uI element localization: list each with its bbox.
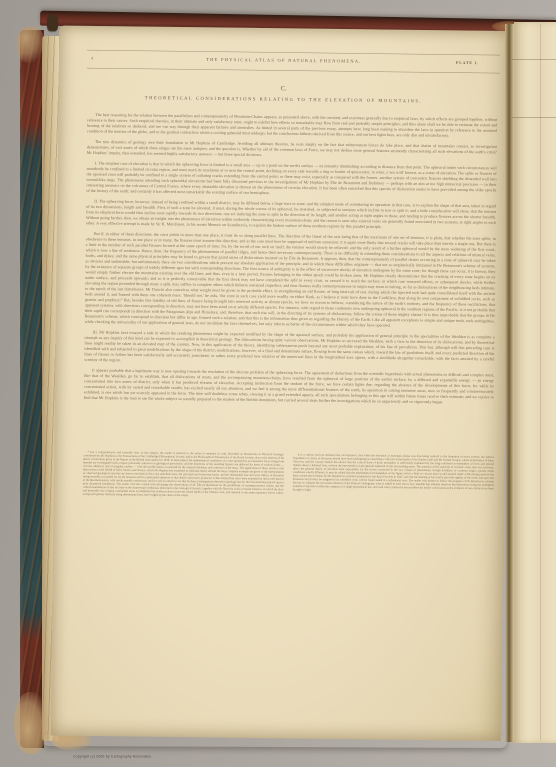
paragraph-conclusion: It appears probable that a legitimate wa… [84, 367, 494, 405]
header-rule-top [87, 50, 500, 56]
cover-corner-wear-bottom [14, 692, 48, 754]
photo-watermark: Copyright (c) 2000 by Cartography Associ… [73, 747, 273, 757]
plate-label: PLATE I. [456, 60, 479, 65]
book-left-cover-edge [20, 30, 44, 748]
footnote-left-column: * For a comprehensive and scientific vie… [83, 451, 285, 499]
photo-watermark-text: Copyright (c) 2000 by Cartography Associ… [73, 755, 151, 759]
paragraph-section-3: III. Mr Hopkins next essayed a task in w… [84, 329, 494, 367]
paragraph-intro: The best reasoning for the relation betw… [87, 112, 497, 139]
header-rule-bottom [87, 68, 500, 74]
facing-page-rule-top [512, 59, 556, 60]
atlas-page: 4 THE PHYSICAL ATLAS OF NATURAL PHENOMEN… [51, 26, 510, 741]
facing-page-crease [540, 24, 541, 740]
footnote-right-column: It is a curious and not uninstructive ci… [293, 453, 495, 501]
footnotes: * For a comprehensive and scientific vie… [83, 451, 495, 502]
paragraph-section-2: II. The upheaving force, however, instea… [86, 198, 496, 231]
facing-page-rule-lower [512, 117, 556, 118]
binding-gutter [505, 24, 514, 742]
running-head-title: THE PHYSICAL ATLAS OF NATURAL PHENOMENA. [59, 55, 509, 65]
section-letter: C. [59, 82, 509, 95]
section-title: THEORETICAL CONSIDERATIONS RELATING TO T… [58, 94, 508, 104]
paragraph-parallel-fissures: But if, in either of these directions, t… [85, 231, 496, 330]
cover-corner-wear-top [17, 27, 45, 63]
body-text: The best reasoning for the relation betw… [84, 112, 498, 410]
bookmark-tab [47, 14, 58, 31]
paragraph-hopkins: The true dynamics of geology owe their f… [87, 139, 497, 161]
paragraph-section-1: I. The simplest case of elevation is tha… [86, 160, 496, 198]
page-content: 4 THE PHYSICAL ATLAS OF NATURAL PHENOMEN… [51, 26, 510, 741]
facing-page-strip [514, 22, 556, 743]
